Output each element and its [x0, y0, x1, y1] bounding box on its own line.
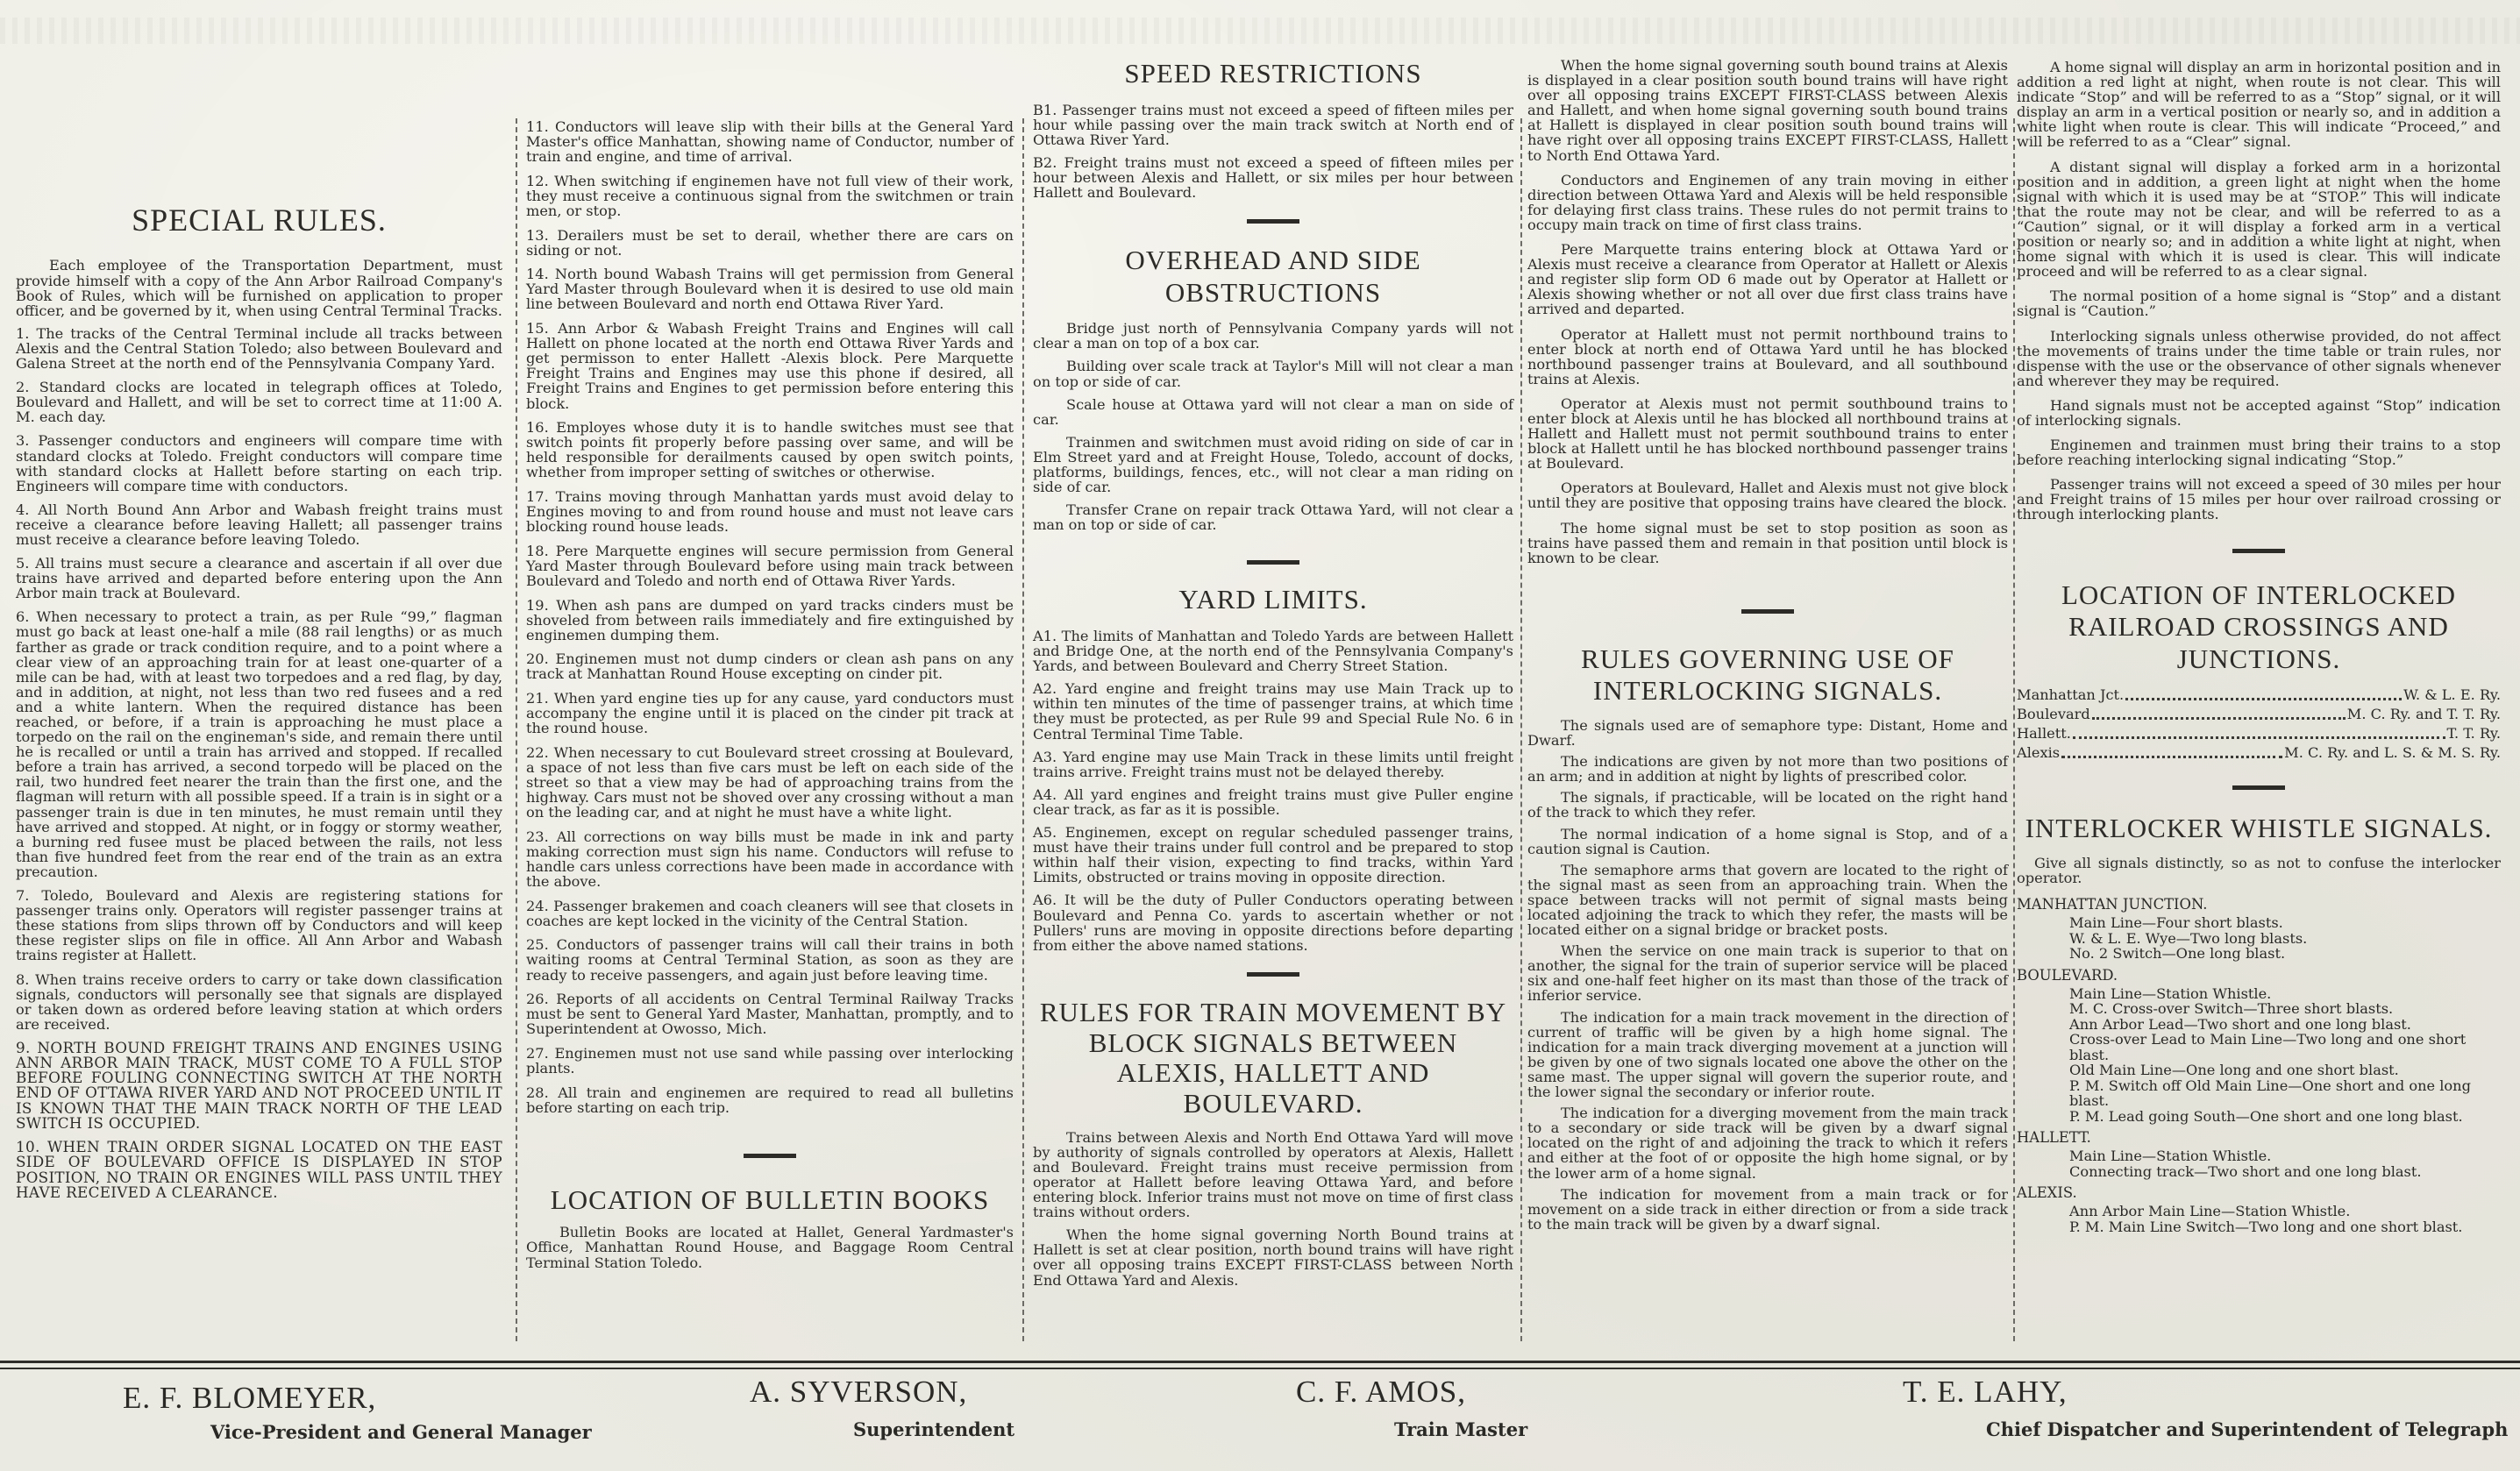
crossing-place: Alexis	[2017, 743, 2060, 763]
block-signal-rule: When the home signal governing North Bou…	[1033, 1227, 1513, 1287]
crossing-railways: T. T. Ry.	[2447, 724, 2501, 743]
block-signal-rule: Pere Marquette trains entering block at …	[1527, 242, 2008, 316]
interlocking-rule: The indications are given by not more th…	[1527, 754, 2008, 784]
dot-leader	[2092, 717, 2346, 720]
obstruction-note: Building over scale track at Taylor's Mi…	[1033, 359, 1513, 388]
block-signal-rule: Operators at Boulevard, Hallet and Alexi…	[1527, 480, 2008, 510]
special-rule: 10. WHEN TRAIN ORDER SIGNAL LOCATED ON T…	[16, 1140, 502, 1200]
block-signals-body: Trains between Alexis and North End Otta…	[1033, 1130, 1513, 1288]
column-speed-yard: SPEED RESTRICTIONS B1. Passenger trains …	[1033, 0, 1513, 1375]
whistle-intro-body: Give all signals distinctly, so as not t…	[2017, 856, 2501, 885]
special-rule: 22. When necessary to cut Boulevard stre…	[526, 745, 1014, 820]
heading-interlocked-crossings: LOCATION OF INTERLOCKED RAILROAD CROSSIN…	[2017, 579, 2501, 676]
special-rule: 8. When trains receive orders to carry o…	[16, 972, 502, 1032]
whistle-location: MANHATTAN JUNCTION.	[2017, 896, 2501, 913]
obstruction-note: Transfer Crane on repair track Ottawa Ya…	[1033, 502, 1513, 532]
whistle-signals-list: MANHATTAN JUNCTION.Main Line—Four short …	[2017, 896, 2501, 1234]
column-divider	[1022, 118, 1024, 1341]
block-signal-rule: Trains between Alexis and North End Otta…	[1033, 1130, 1513, 1220]
interlocking-rule: A distant signal will display a forked a…	[2017, 160, 2501, 280]
footer-double-rule-bottom	[0, 1368, 2520, 1369]
section-rule	[1247, 972, 1299, 977]
whistle-signal: Main Line—Station Whistle.	[2017, 986, 2501, 1002]
section-rule	[1247, 560, 1299, 565]
yard-limits-list: A1. The limits of Manhattan and Toledo Y…	[1033, 629, 1513, 953]
special-rule: 14. North bound Wabash Trains will get p…	[526, 266, 1014, 311]
section-rule	[1741, 609, 1794, 614]
crossing-railways: M. C. Ry. and T. T. Ry.	[2347, 705, 2501, 724]
interlocking-continued-body: A home signal will display an arm in hor…	[2017, 60, 2501, 522]
interlocking-rule: When the service on one main track is su…	[1527, 943, 2008, 1003]
speed-restrictions-list: B1. Passenger trains must not exceed a s…	[1033, 103, 1513, 201]
rules-11-28-list: 11. Conductors will leave slip with thei…	[526, 119, 1014, 1115]
speed-rule: B2. Freight trains must not exceed a spe…	[1033, 155, 1513, 200]
bulletin-books-text: Bulletin Books are located at Hallet, Ge…	[526, 1225, 1014, 1269]
crossing-row: Hallett.T. T. Ry.	[2017, 724, 2501, 743]
special-rule: 5. All trains must secure a clearance an…	[16, 556, 502, 600]
crossing-place: Manhattan Jct.	[2017, 686, 2124, 705]
signature-syverson: A. SYVERSON, Superintendent	[750, 1375, 1014, 1440]
interlocking-rule: The indication for a diverging movement …	[1527, 1105, 2008, 1180]
special-rule: 2. Standard clocks are located in telegr…	[16, 380, 502, 424]
whistle-group: MANHATTAN JUNCTION.Main Line—Four short …	[2017, 896, 2501, 962]
column-rules-11-28: 11. Conductors will leave slip with thei…	[526, 0, 1014, 1375]
column-divider	[516, 118, 517, 1341]
special-rule: 20. Enginemen must not dump cinders or c…	[526, 651, 1014, 681]
section-rule	[744, 1154, 796, 1158]
whistle-location: HALLETT.	[2017, 1129, 2501, 1146]
whistle-signal: P. M. Lead going South—One short and one…	[2017, 1109, 2501, 1125]
crossing-railways: W. & L. E. Ry.	[2403, 686, 2501, 705]
signature-name: T. E. LAHY,	[1903, 1375, 2508, 1410]
speed-restrictions-body: B1. Passenger trains must not exceed a s…	[1033, 103, 1513, 201]
heading-whistle-signals: INTERLOCKER WHISTLE SIGNALS.	[2017, 813, 2501, 845]
whistle-signal: Main Line—Four short blasts.	[2017, 915, 2501, 931]
crossing-row: Manhattan Jct.W. & L. E. Ry.	[2017, 686, 2501, 705]
dot-leader	[2073, 736, 2445, 739]
signature-amos: C. F. AMOS, Train Master	[1296, 1375, 1527, 1440]
special-rule: 16. Employes whose duty it is to handle …	[526, 420, 1014, 480]
heading-special-rules: SPECIAL RULES.	[16, 202, 502, 238]
heading-bulletin-books: LOCATION OF BULLETIN BOOKS	[526, 1184, 1014, 1217]
interlocking-rule: Enginemen and trainmen must bring their …	[2017, 437, 2501, 467]
whistle-signal: Main Line—Station Whistle.	[2017, 1148, 2501, 1164]
yard-limit-rule: A5. Enginemen, except on regular schedul…	[1033, 825, 1513, 885]
signature-lahy: T. E. LAHY, Chief Dispatcher and Superin…	[1903, 1375, 2508, 1440]
block-signals-continued-list: When the home signal governing south bou…	[1527, 58, 2008, 565]
interlocking-continued-list: A home signal will display an arm in hor…	[2017, 60, 2501, 522]
section-rule	[2232, 785, 2285, 790]
whistle-signal: M. C. Cross-over Switch—Three short blas…	[2017, 1001, 2501, 1017]
rules-11-28-body: 11. Conductors will leave slip with thei…	[526, 119, 1014, 1115]
column-divider	[2013, 118, 2015, 1341]
whistle-intro: Give all signals distinctly, so as not t…	[2017, 856, 2501, 885]
interlocking-list: The signals used are of semaphore type: …	[1527, 718, 2008, 1232]
block-signals-continued-body: When the home signal governing south bou…	[1527, 58, 2008, 565]
block-signals-list: Trains between Alexis and North End Otta…	[1033, 1130, 1513, 1288]
whistle-location: BOULEVARD.	[2017, 967, 2501, 984]
special-rule: 27. Enginemen must not use sand while pa…	[526, 1046, 1014, 1076]
special-rule: 4. All North Bound Ann Arbor and Wabash …	[16, 502, 502, 547]
special-rule: 3. Passenger conductors and engineers wi…	[16, 433, 502, 493]
heading-block-signals: RULES FOR TRAIN MOVEMENT BY BLOCK SIGNAL…	[1033, 998, 1513, 1119]
special-rules-body: Each employee of the Transportation Depa…	[16, 258, 502, 1199]
signature-title: Superintendent	[853, 1418, 1014, 1440]
block-signal-rule: When the home signal governing south bou…	[1527, 58, 2008, 163]
special-rule: 1. The tracks of the Central Terminal in…	[16, 326, 502, 371]
whistle-signal: Cross-over Lead to Main Line—Two long an…	[2017, 1032, 2501, 1062]
special-rule: 26. Reports of all accidents on Central …	[526, 991, 1014, 1036]
section-rule	[2232, 549, 2285, 553]
speed-rule: B1. Passenger trains must not exceed a s…	[1033, 103, 1513, 147]
special-rules-list: 1. The tracks of the Central Terminal in…	[16, 326, 502, 1200]
signature-name: A. SYVERSON,	[750, 1375, 1014, 1410]
whistle-location: ALEXIS.	[2017, 1184, 2501, 1201]
column-signals-crossings-whistles: A home signal will display an arm in hor…	[2017, 0, 2501, 1375]
whistle-signal: No. 2 Switch—One long blast.	[2017, 946, 2501, 962]
signature-blomeyer: E. F. BLOMEYER, Vice-President and Gener…	[123, 1381, 592, 1443]
columns: SPECIAL RULES. Each employee of the Tran…	[0, 0, 2520, 1375]
special-rule: 11. Conductors will leave slip with thei…	[526, 119, 1014, 164]
heading-yard-limits: YARD LIMITS.	[1033, 584, 1513, 616]
crossing-row: BoulevardM. C. Ry. and T. T. Ry.	[2017, 705, 2501, 724]
heading-overhead-obstructions: OVERHEAD AND SIDE OBSTRUCTIONS	[1033, 245, 1513, 309]
special-rule: 13. Derailers must be set to derail, whe…	[526, 228, 1014, 258]
dot-leader	[2061, 756, 2282, 758]
special-rule: 28. All train and enginemen are required…	[526, 1085, 1014, 1115]
special-rule: 23. All corrections on way bills must be…	[526, 829, 1014, 889]
dot-leader	[2125, 698, 2402, 700]
whistle-group: HALLETT.Main Line—Station Whistle.Connec…	[2017, 1129, 2501, 1179]
obstruction-note: Bridge just north of Pennsylvania Compan…	[1033, 321, 1513, 351]
signature-title: Train Master	[1394, 1418, 1527, 1440]
column-divider	[1520, 118, 1522, 1341]
interlocking-rule: Passenger trains will not exceed a speed…	[2017, 477, 2501, 522]
yard-limit-rule: A4. All yard engines and freight trains …	[1033, 787, 1513, 817]
special-rule: 18. Pere Marquette engines will secure p…	[526, 544, 1014, 588]
whistle-signal: Ann Arbor Lead—Two short and one long bl…	[2017, 1017, 2501, 1033]
block-signal-rule: Operator at Hallett must not permit nort…	[1527, 327, 2008, 387]
whistle-signal: Old Main Line—One long and one short bla…	[2017, 1062, 2501, 1078]
whistle-signal: Ann Arbor Main Line—Station Whistle.	[2017, 1204, 2501, 1219]
crossings-table: Manhattan Jct.W. & L. E. Ry.BoulevardM. …	[2017, 686, 2501, 763]
special-rule: 15. Ann Arbor & Wabash Freight Trains an…	[526, 321, 1014, 411]
interlocking-rule: The signals used are of semaphore type: …	[1527, 718, 2008, 748]
signature-name: C. F. AMOS,	[1296, 1375, 1527, 1410]
signature-title: Vice-President and General Manager	[210, 1421, 592, 1443]
crossing-railways: M. C. Ry. and L. S. & M. S. Ry.	[2284, 743, 2501, 763]
whistle-signal: Connecting track—Two short and one long …	[2017, 1164, 2501, 1180]
crossing-row: AlexisM. C. Ry. and L. S. & M. S. Ry.	[2017, 743, 2501, 763]
whistle-group: ALEXIS.Ann Arbor Main Line—Station Whist…	[2017, 1184, 2501, 1234]
signature-title: Chief Dispatcher and Superintendent of T…	[1986, 1418, 2508, 1440]
interlocking-rule: Interlocking signals unless otherwise pr…	[2017, 329, 2501, 388]
crossing-place: Hallett.	[2017, 724, 2071, 743]
scanned-timetable-page: SPECIAL RULES. Each employee of the Tran…	[0, 0, 2520, 1471]
crossing-place: Boulevard	[2017, 705, 2090, 724]
yard-limit-rule: A6. It will be the duty of Puller Conduc…	[1033, 892, 1513, 952]
column-special-rules: SPECIAL RULES. Each employee of the Tran…	[16, 0, 502, 1375]
interlocking-rule: The normal position of a home signal is …	[2017, 288, 2501, 318]
obstructions-body: Bridge just north of Pennsylvania Compan…	[1033, 321, 1513, 532]
yard-limit-rule: A3. Yard engine may use Main Track in th…	[1033, 750, 1513, 779]
interlocking-rule: The semaphore arms that govern are locat…	[1527, 863, 2008, 937]
whistle-group: BOULEVARD.Main Line—Station Whistle.M. C…	[2017, 967, 2501, 1125]
special-rule: 6. When necessary to protect a train, as…	[16, 609, 502, 879]
interlocking-rule: The signals, if practicable, will be loc…	[1527, 790, 2008, 820]
whistle-signal: W. & L. E. Wye—Two long blasts.	[2017, 931, 2501, 947]
whistle-signal: P. M. Switch off Old Main Line—One short…	[2017, 1078, 2501, 1109]
yard-limits-body: A1. The limits of Manhattan and Toledo Y…	[1033, 629, 1513, 953]
whistle-signal: P. M. Main Line Switch—Two long and one …	[2017, 1219, 2501, 1235]
block-signal-rule: Operator at Alexis must not permit south…	[1527, 396, 2008, 471]
special-rule: 24. Passenger brakemen and coach cleaner…	[526, 899, 1014, 928]
interlocking-rule: The indication for movement from a main …	[1527, 1187, 2008, 1232]
column-block-interlocking: When the home signal governing south bou…	[1527, 0, 2008, 1375]
block-signal-rule: The home signal must be set to stop posi…	[1527, 521, 2008, 565]
special-rule: 7. Toledo, Boulevard and Alexis are regi…	[16, 888, 502, 963]
yard-limit-rule: A1. The limits of Manhattan and Toledo Y…	[1033, 629, 1513, 673]
yard-limit-rule: A2. Yard engine and freight trains may u…	[1033, 681, 1513, 741]
interlocking-rule: Hand signals must not be accepted agains…	[2017, 398, 2501, 428]
signature-name: E. F. BLOMEYER,	[123, 1381, 592, 1416]
block-signal-rule: Conductors and Enginemen of any train mo…	[1527, 173, 2008, 232]
bulletin-books-body: Bulletin Books are located at Hallet, Ge…	[526, 1225, 1014, 1269]
heading-speed-restrictions: SPEED RESTRICTIONS	[1033, 58, 1513, 90]
obstruction-note: Trainmen and switchmen must avoid riding…	[1033, 435, 1513, 494]
special-rule: 12. When switching if enginemen have not…	[526, 174, 1014, 218]
special-rule: 9. NORTH BOUND FREIGHT TRAINS AND ENGINE…	[16, 1041, 502, 1131]
footer-double-rule-top	[0, 1361, 2520, 1363]
section-rule	[1247, 219, 1299, 224]
heading-interlocking-signals: RULES GOVERNING USE OF INTERLOCKING SIGN…	[1527, 643, 2008, 707]
obstruction-note: Scale house at Ottawa yard will not clea…	[1033, 397, 1513, 427]
special-rule: 21. When yard engine ties up for any cau…	[526, 691, 1014, 735]
special-rule: 25. Conductors of passenger trains will …	[526, 937, 1014, 982]
special-rule: 17. Trains moving through Manhattan yard…	[526, 489, 1014, 534]
interlocking-rule: The normal indication of a home signal i…	[1527, 827, 2008, 856]
interlocking-body: The signals used are of semaphore type: …	[1527, 718, 2008, 1232]
interlocking-rule: The indication for a main track movement…	[1527, 1010, 2008, 1100]
obstructions-list: Bridge just north of Pennsylvania Compan…	[1033, 321, 1513, 532]
special-rules-intro: Each employee of the Transportation Depa…	[16, 258, 502, 317]
special-rule: 19. When ash pans are dumped on yard tra…	[526, 598, 1014, 643]
interlocking-rule: A home signal will display an arm in hor…	[2017, 60, 2501, 150]
